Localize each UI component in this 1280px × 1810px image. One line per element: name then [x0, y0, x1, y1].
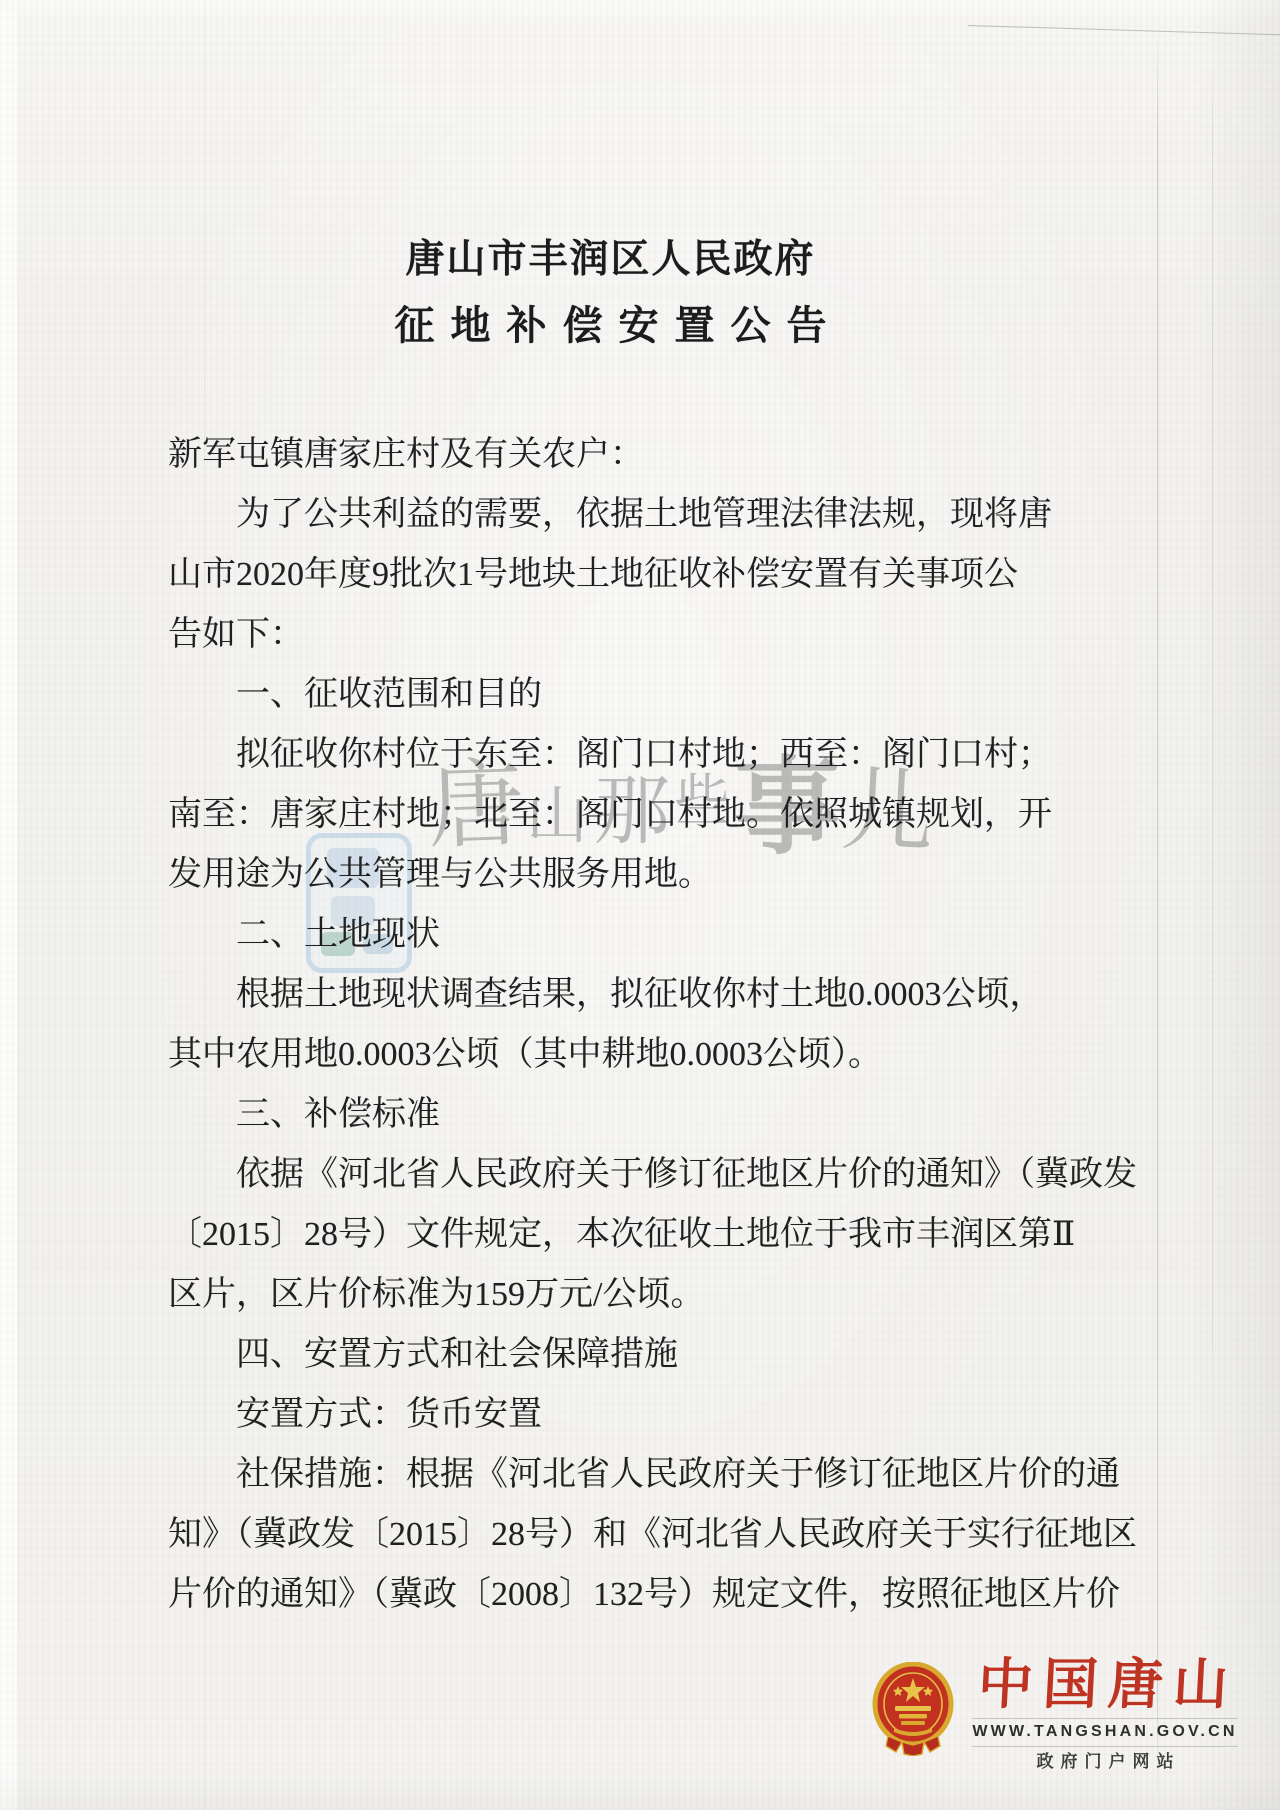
doc-line: 〔2015〕28号）文件规定，本次征收土地位于我市丰润区第Ⅱ [168, 1205, 1068, 1265]
paper-crease-line [1157, 26, 1158, 1806]
brand-tagline: 政府门户网站 [972, 1750, 1238, 1774]
doc-line: 四、安置方式和社会保障措施 [168, 1325, 1068, 1385]
document-title-line2: 征地补偿安置公告 [168, 302, 1053, 350]
site-brand-text: 中国唐山 WWW.TANGSHAN.GOV.CN 政府门户网站 [972, 1656, 1238, 1774]
brand-divider [972, 1746, 1238, 1747]
doc-line: 新军屯镇唐家庄村及有关农户： [168, 425, 1068, 485]
paper-crease-line [1212, 60, 1213, 1400]
site-brand: 中国唐山 WWW.TANGSHAN.GOV.CN 政府门户网站 [872, 1656, 1238, 1774]
scan-shade-bottom [0, 1770, 1280, 1810]
doc-line: 其中农用地0.0003公顷（其中耕地0.0003公顷）。 [168, 1025, 1068, 1085]
doc-line: 安置方式：货币安置 [168, 1385, 1068, 1445]
doc-line: 为了公共利益的需要，依据土地管理法律法规，现将唐 [168, 485, 1068, 545]
doc-line: 二、土地现状 [168, 905, 1068, 965]
scanned-document: 唐山那些事儿 唐山市丰润区人民政府 征地补偿安置公告 新军屯镇唐家庄村及有关农户… [0, 0, 1280, 1810]
national-emblem-icon [872, 1662, 954, 1756]
doc-line: 山市2020年度9批次1号地块土地征收补偿安置有关事项公 [168, 545, 1068, 605]
doc-line: 片价的通知》（冀政〔2008〕132号）规定文件，按照征地区片价 [168, 1565, 1068, 1625]
doc-line: 依据《河北省人民政府关于修订征地区片价的通知》（冀政发 [168, 1145, 1068, 1205]
doc-line: 告如下： [168, 605, 1068, 665]
doc-line: 一、征收范围和目的 [168, 665, 1068, 725]
doc-line: 三、补偿标准 [168, 1085, 1068, 1145]
scan-edge-left [0, 0, 17, 1810]
document-body: 新军屯镇唐家庄村及有关农户：为了公共利益的需要，依据土地管理法律法规，现将唐山市… [168, 425, 1068, 1625]
scan-shade-right [1190, 0, 1280, 1810]
doc-line: 根据土地现状调查结果，拟征收你村土地0.0003公顷， [168, 965, 1068, 1025]
doc-line: 知》（冀政发〔2015〕28号）和《河北省人民政府关于实行征地区 [168, 1505, 1068, 1565]
document-title-line1: 唐山市丰润区人民政府 [168, 236, 1053, 284]
doc-line: 南至：唐家庄村地；北至：阁门口村地。依照城镇规划，开 [168, 785, 1068, 845]
brand-url: WWW.TANGSHAN.GOV.CN [972, 1722, 1238, 1742]
document-title: 唐山市丰润区人民政府 征地补偿安置公告 [168, 236, 1053, 350]
brand-divider [972, 1718, 1238, 1719]
scan-edge-top [0, 0, 1280, 24]
doc-line: 拟征收你村位于东至：阁门口村地；西至：阁门口村； [168, 725, 1068, 785]
doc-line: 社保措施：根据《河北省人民政府关于修订征地区片价的通 [168, 1445, 1068, 1505]
doc-line: 区片，区片价标准为159万元/公顷。 [168, 1265, 1068, 1325]
brand-name: 中国唐山 [970, 1656, 1239, 1714]
doc-line: 发用途为公共管理与公共服务用地。 [168, 845, 1068, 905]
